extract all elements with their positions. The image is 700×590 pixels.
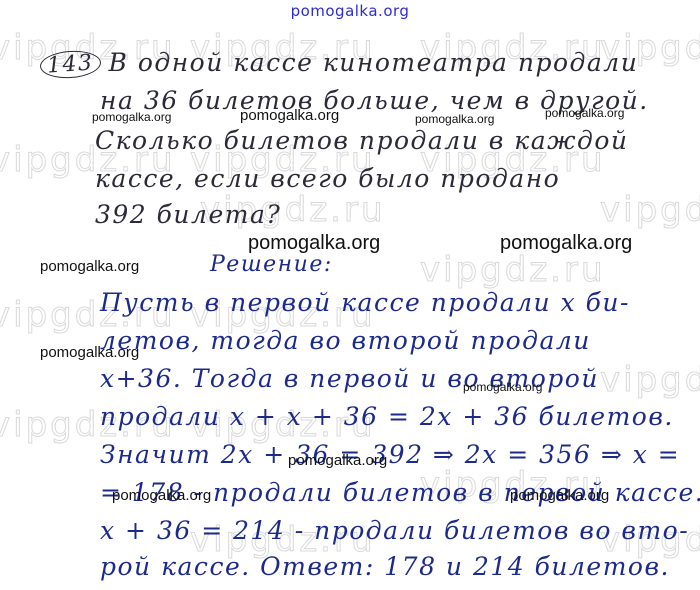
overlay-watermark: pomogalka.org: [248, 232, 380, 255]
task-line: Сколько билетов продали в каждой: [95, 126, 629, 155]
solution-line: Пусть в первой кассе продали x би-: [100, 288, 630, 317]
overlay-watermark: pomogalka.org: [500, 232, 632, 255]
task-line: 143В одной кассе кинотеатра продали: [40, 48, 638, 78]
overlay-watermark: pomogalka.org: [545, 106, 624, 120]
task-line-text: В одной кассе кинотеатра продали: [109, 48, 639, 77]
overlay-watermark: pomogalka.org: [240, 107, 339, 124]
overlay-watermark: pomogalka.org: [288, 452, 387, 469]
solution-line: x + 36 = 214 - продали билетов во вто-: [100, 516, 689, 545]
overlay-watermark: pomogalka.org: [415, 112, 494, 126]
solution-line: Значит 2x + 36 = 392 ⇒ 2x = 356 ⇒ x =: [100, 440, 680, 469]
overlay-watermark: pomogalka.org: [510, 487, 609, 504]
solution-line: рой кассе. Ответ: 178 и 214 билетов.: [100, 552, 670, 581]
overlay-watermark: pomogalka.org: [40, 344, 139, 361]
solution-line: продали x + x + 36 = 2x + 36 билетов.: [100, 402, 674, 431]
site-link[interactable]: pomogalka.org: [0, 2, 700, 20]
overlay-watermark: pomogalka.org: [463, 380, 542, 394]
overlay-watermark: pomogalka.org: [112, 487, 211, 504]
overlay-watermark: pomogalka.org: [92, 110, 171, 124]
task-line: 392 билета?: [95, 200, 281, 229]
solution-heading: Решение:: [210, 252, 333, 277]
bg-watermark: vipgdz.ru: [600, 360, 700, 400]
overlay-watermark: pomogalka.org: [40, 258, 139, 275]
task-line: кассе, если всего было продано: [95, 164, 560, 193]
solution-line: летов, тогда во второй продали: [100, 326, 591, 355]
task-number-badge: 143: [39, 49, 101, 80]
bg-watermark: vipgdz.ru: [600, 190, 700, 230]
bg-watermark: vipgdz.ru: [420, 250, 606, 290]
